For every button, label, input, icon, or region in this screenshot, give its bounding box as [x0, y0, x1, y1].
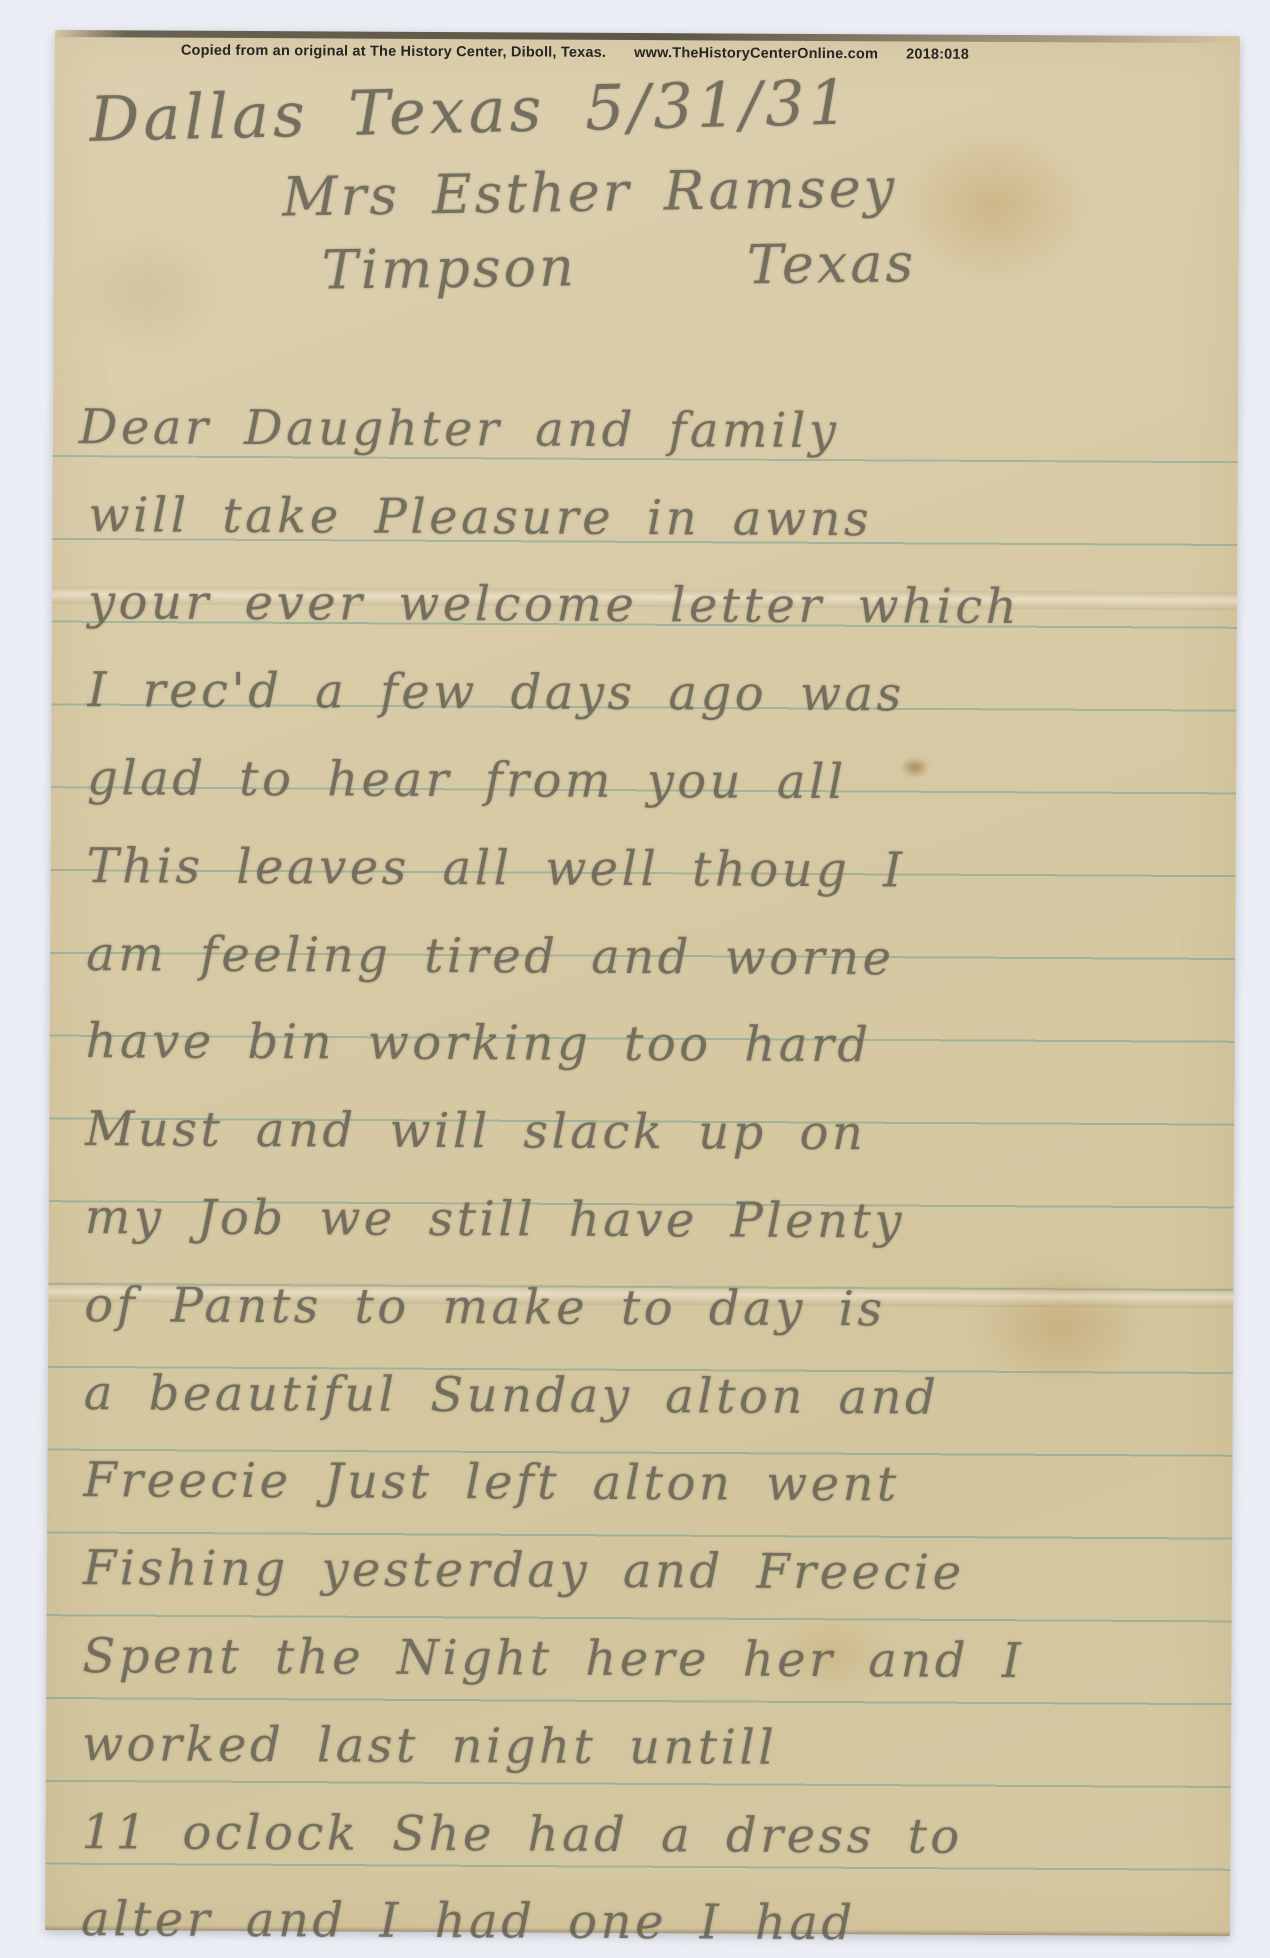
letter-line: my Job we still have Plenty: [75, 1162, 1228, 1256]
letter-body: Dear Daughter and family will take Pleas…: [71, 372, 1232, 1958]
letter-line: Fishing yesterday and Freecie: [73, 1513, 1226, 1607]
stamp-accession: 2018:018: [906, 46, 969, 62]
handwritten-dateline: Dallas Texas 5/31/31: [89, 66, 853, 156]
letter-line: your ever welcome letter which: [78, 548, 1231, 642]
letter-line: am feeling tired and worne: [76, 899, 1229, 993]
letter-line: Dear Daughter and family: [79, 372, 1232, 466]
letter-line: of Pants to make to day is: [74, 1250, 1227, 1344]
letter-line: Must and will slack up on: [75, 1074, 1228, 1168]
stain: [71, 228, 222, 354]
letter-line: Freecie Just left alton went: [73, 1426, 1226, 1520]
scan-background: { "stamp": { "text": "Copied from an ori…: [0, 0, 1270, 1958]
archive-stamp: Copied from an original at The History C…: [181, 43, 969, 63]
handwritten-recipient: Mrs Esther Ramsey: [282, 156, 898, 229]
stain: [894, 124, 1095, 285]
stamp-text: Copied from an original at The History C…: [181, 43, 606, 61]
letter-line: This leaves all well thoug I: [76, 811, 1229, 905]
letter-line: glad to hear from you all: [77, 723, 1230, 817]
handwritten-recipient-location: Timpson Texas: [321, 231, 916, 301]
letter-line: a beautiful Sunday alton and: [74, 1338, 1227, 1432]
letter-line: alter and I had one I had: [71, 1865, 1224, 1958]
letter-line: 11 oclock She had a dress to: [71, 1777, 1224, 1871]
letter-line: will take Pleasure in awns: [78, 460, 1231, 554]
letter-line: worked last night untill: [72, 1689, 1225, 1783]
paper-top-edge-shadow: [55, 30, 1240, 43]
letter-page: Copied from an original at The History C…: [45, 30, 1240, 1936]
letter-line: Spent the Night here her and I: [72, 1601, 1225, 1695]
stamp-url: www.TheHistoryCenterOnline.com: [634, 45, 878, 62]
letter-line: have bin working too hard: [76, 987, 1229, 1081]
letter-line: I rec'd a few days ago was: [77, 636, 1230, 730]
